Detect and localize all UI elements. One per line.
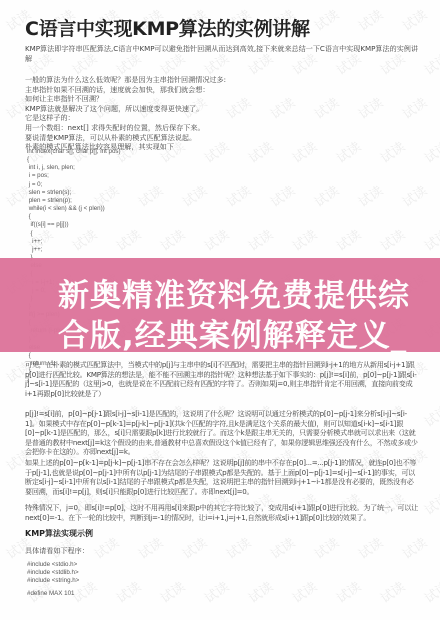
explanation-line: 要说清楚KMP算法，可以从朴素的模式匹配算法说起。 [25,133,420,143]
watermark-text: 试读 [420,136,440,166]
code-line: int i, j, slen, plen; [27,164,121,172]
watermark-text: 试读 [244,224,276,254]
watermark-text: 试读 [354,180,386,210]
watermark-text: 试读 [332,224,364,254]
intro-paragraph: KMP算法即字符串匹配算法,C语言中KMP可以避免指针回溯从而达到高效,接下来就… [25,44,420,63]
code-line: j = 0; [27,181,121,189]
watermark-text: 试读 [112,576,144,606]
watermark-text: 试读 [222,180,254,210]
watermark-text: 试读 [310,4,342,34]
watermark-text: 试读 [332,576,364,606]
code-line: { [27,230,121,238]
code-line: i++; [27,238,121,246]
banner-line-1: 新奥精准资料免费提供综 [58,270,410,315]
watermark-text: 试读 [244,576,276,606]
watermark-text: 试读 [420,224,440,254]
explanation-line: KMP算法就是解决了这个问题，所以速度变得更快速了。 [25,104,420,114]
explanation-line: 一般的算法为什么这么低效呢？那是因为主串指针回溯情况过多: [25,75,420,85]
watermark-text: 试读 [420,576,440,606]
watermark-text: 试读 [178,180,210,210]
watermark-text: 试读 [420,488,440,518]
watermark-text: 试读 [398,4,430,34]
watermark-text: 试读 [398,180,430,210]
code-line: #include <stdio.h> [27,561,79,569]
section-heading: KMP算法实现示例 [25,528,93,539]
explanation-line: 主串指针如果不回溯的话，速度就会加快，那我们就会想： [25,85,420,95]
document-page: 试读试读试读试读试读试读试读试读试读试读试读试读试读试读试读试读试读试读试读试读… [0,0,440,620]
explanation-line: 如何让主串指针不回溯？ [25,94,420,104]
explanation-line: 它是这样子的： [25,113,420,123]
section-intro: 具体请看如下程序： [25,546,420,556]
code-line: j++; [27,246,121,254]
watermark-text: 试读 [354,4,386,34]
paragraph-special-case: 特殊情况下，j=0，即s[i]!=p[0]，这时不用再用s[i]来跟p中的其它字… [25,503,420,522]
watermark-text: 试读 [310,180,342,210]
code-define-max: #define MAX 101 [27,590,74,598]
code-line: { [27,213,121,221]
watermark-text: 试读 [288,576,320,606]
banner-line-2: 合版,经典案例解释定义_ [58,310,407,355]
explanation-paragraph: 一般的算法为什么这么低效呢？那是因为主串指针回溯情况过多:主串指针如果不回溯的话… [25,75,420,152]
watermark-text: 试读 [376,224,408,254]
code-line: plen = strlen(p); [27,197,121,205]
code-line: { [27,156,121,164]
paragraph-naive-analysis: 可见，在朴素的模式匹配算法中，当模式中的p[j]与主串中的s[i]不匹配时，需要… [25,360,420,398]
watermark-text: 试读 [266,180,298,210]
watermark-text: 试读 [200,224,232,254]
explanation-line: 用一个数组：next[] 求得失配时的位置，然后保存下来。 [25,123,420,133]
watermark-text: 试读 [420,48,440,78]
page-title: C语言中实现KMP算法的实例讲解 [25,14,310,41]
watermark-text: 试读 [156,224,188,254]
watermark-text: 试读 [134,180,166,210]
watermark-text: 试读 [420,400,440,430]
code-line: while(i < slen) && (j < plen)) [27,205,121,213]
watermark-text: 试读 [156,576,188,606]
paragraph-next-k: p[j]!=s[i]前，p[0]~p[j-1]跟s[i-j]~s[i-1]是匹配… [25,409,420,457]
code-block-includes: #include <stdio.h>#include <stdlib.h>#in… [27,561,79,585]
code-line: if((s[i] == p[j])) [27,221,121,229]
watermark-text: 试读 [288,224,320,254]
paragraph-next-zero: 如果上述的p[0]~p[k-1]=p[j-k]~p[j-1]串不存在会怎么样呢？… [25,458,420,496]
code-line: int Index(char s[], char p[], int pos) [27,148,121,156]
code-line: slen = strlen(s); [27,189,121,197]
watermark-text: 试读 [376,576,408,606]
code-line: #include <string.h> [27,577,79,585]
code-line: #include <stdlib.h> [27,569,79,577]
watermark-text: 试读 [200,576,232,606]
promo-banner[interactable]: 新奥精准资料免费提供综 合版,经典案例解释定义_ [0,258,440,352]
code-line: i = pos; [27,172,121,180]
